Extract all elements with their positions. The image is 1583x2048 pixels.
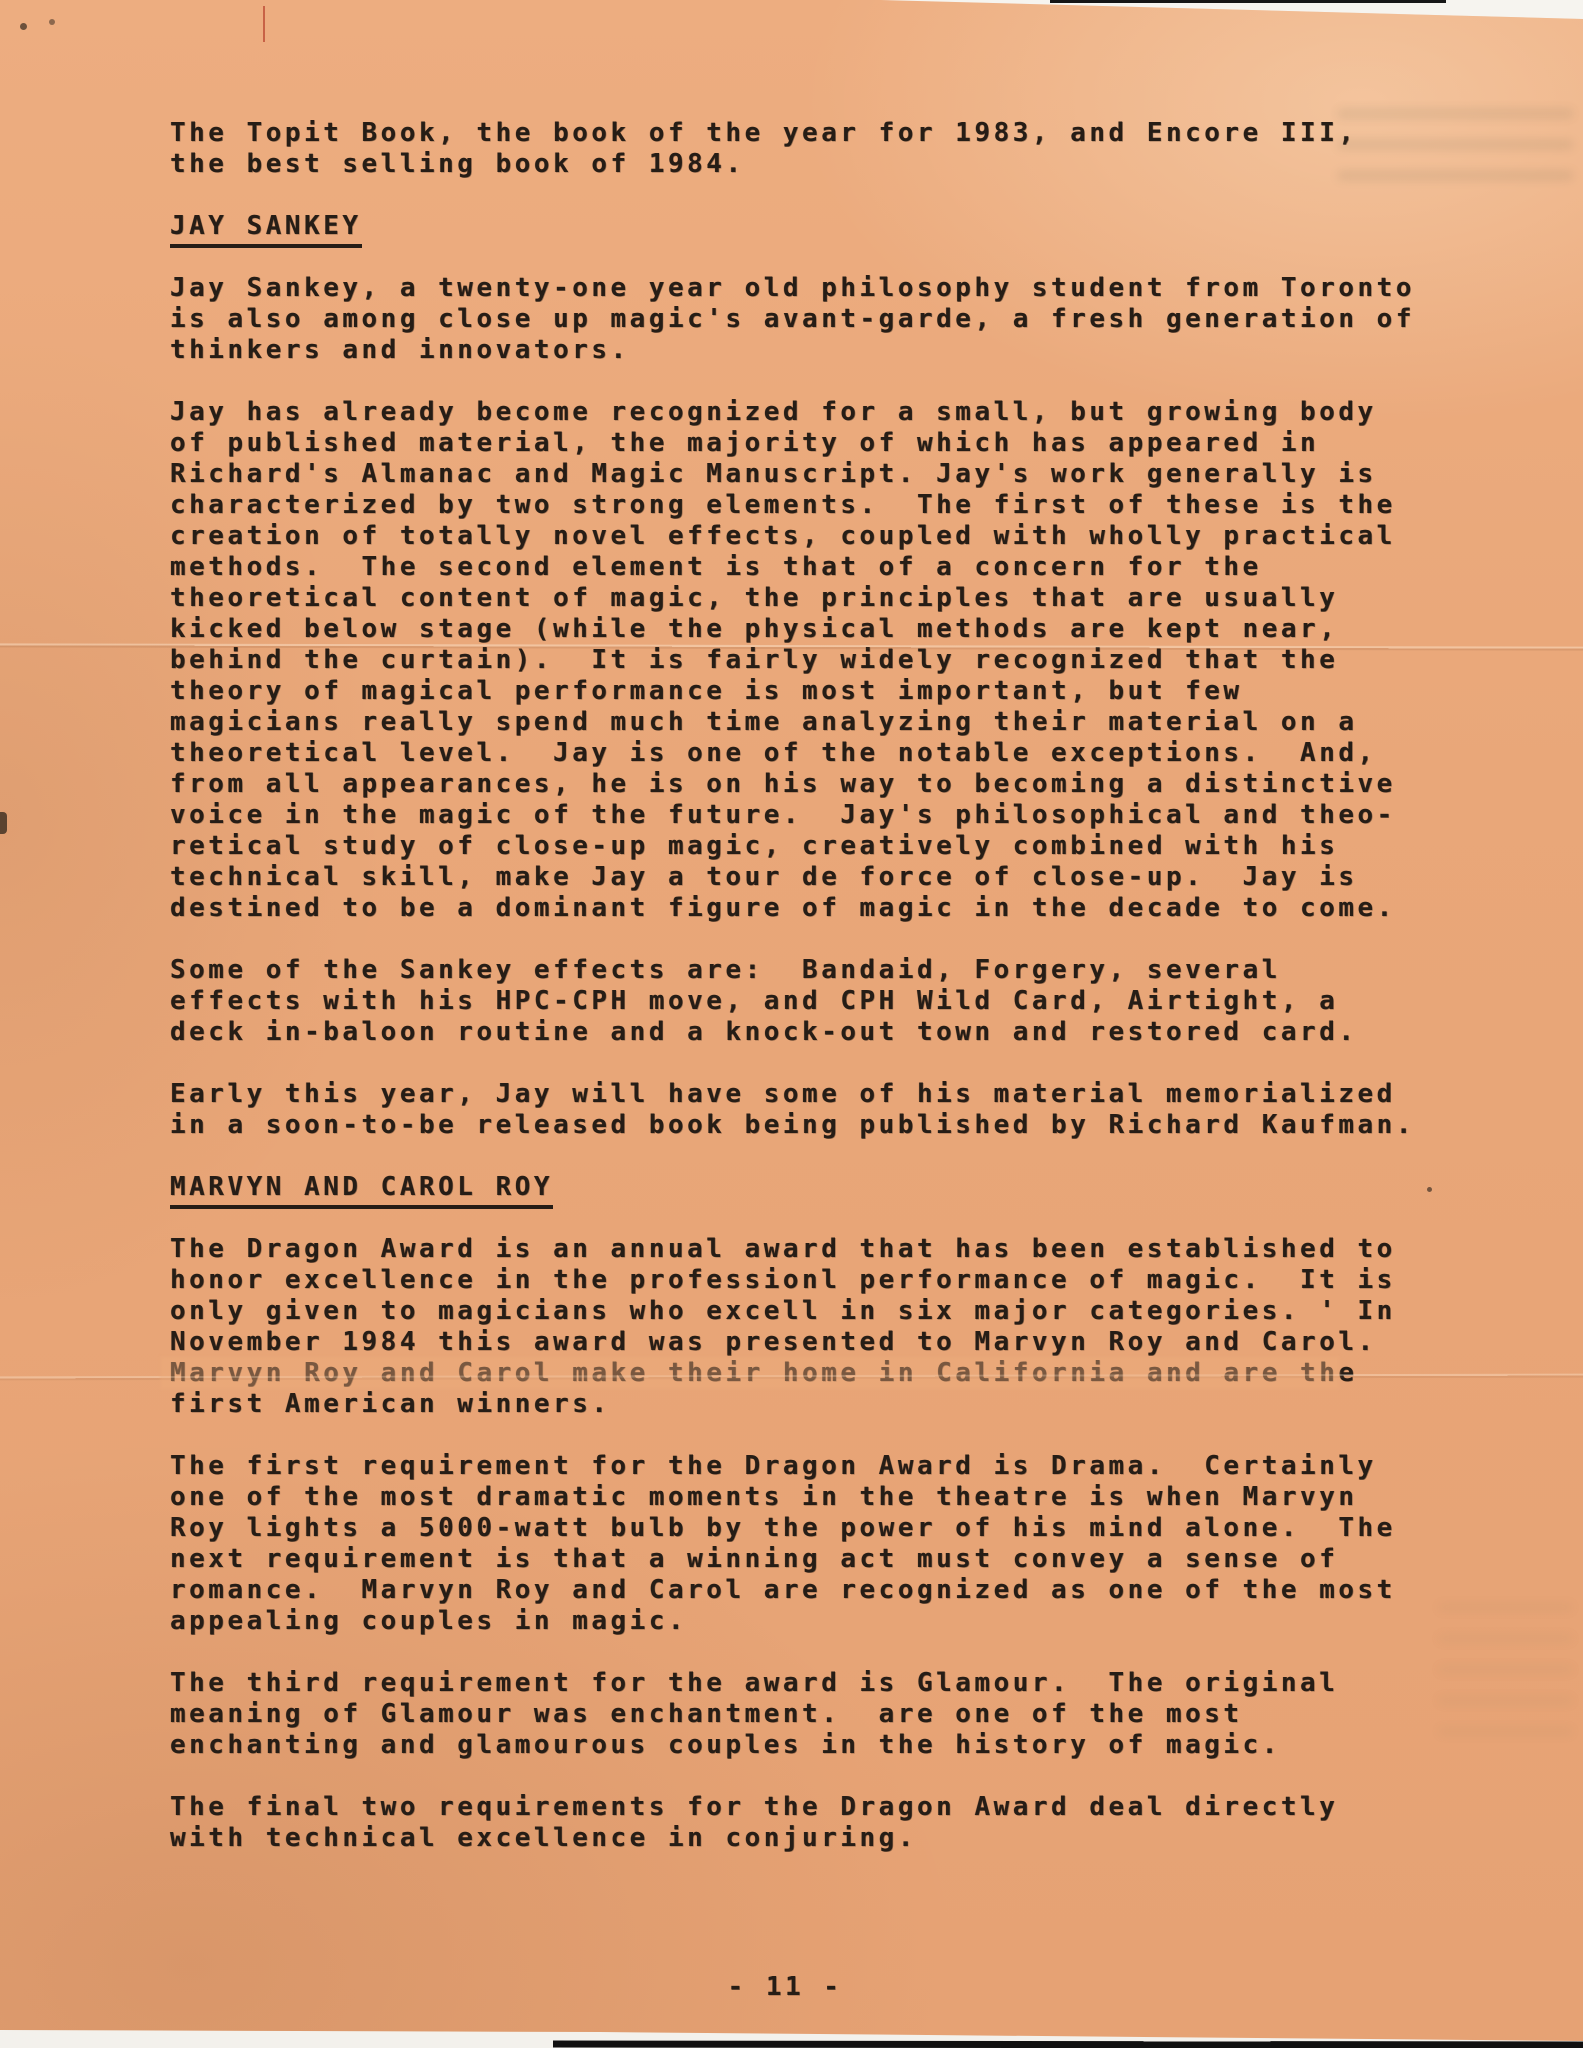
- ink-bleedthrough-mid: [1438, 1590, 1573, 1740]
- dust-speck: [20, 23, 27, 30]
- red-pen-mark: [263, 6, 265, 42]
- paper-sheet: The Topit Book, the book of the year for…: [0, 0, 1583, 2048]
- paragraph-topit-book: The Topit Book, the book of the year for…: [170, 118, 1430, 180]
- page-number: - 11 -: [170, 1972, 1400, 2002]
- paragraph-sankey-intro: Jay Sankey, a twenty-one year old philos…: [170, 273, 1430, 366]
- left-edge-mark: [0, 812, 7, 834]
- paragraph-final-requirements: The final two requirements for the Drago…: [170, 1792, 1430, 1854]
- typewritten-text-column: The Topit Book, the book of the year for…: [170, 118, 1430, 1885]
- paragraph-sankey-body: Jay has already become recognized for a …: [170, 397, 1430, 924]
- paragraph-drama-romance: The first requirement for the Dragon Awa…: [170, 1451, 1430, 1637]
- paragraph-sankey-book: Early this year, Jay will have some of h…: [170, 1079, 1430, 1141]
- scanned-document-view: { "colors": { "paper": "#e9a779", "ink":…: [0, 0, 1583, 2048]
- section-heading-jay-sankey: JAY SANKEY: [170, 211, 362, 248]
- paragraph-glamour: The third requirement for the award is G…: [170, 1668, 1430, 1761]
- scanner-edge-bar-bottom: [553, 2041, 1583, 2048]
- paragraph-dragon-award: The Dragon Award is an annual award that…: [170, 1234, 1430, 1420]
- dust-speck: [49, 19, 55, 25]
- section-heading-marvyn-carol-roy: MARVYN AND CAROL ROY: [170, 1172, 553, 1209]
- paragraph-sankey-effects: Some of the Sankey effects are: Bandaid,…: [170, 955, 1430, 1048]
- scanner-edge-line-top: [1050, 0, 1446, 3]
